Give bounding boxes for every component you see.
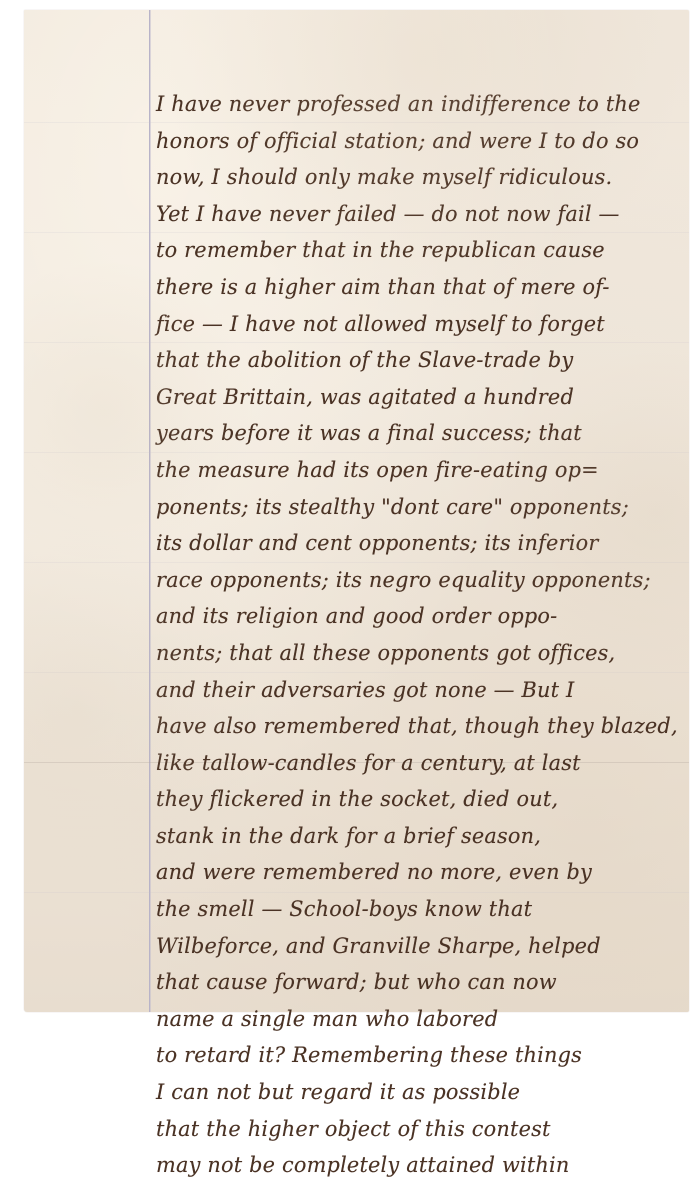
text-line: fice — I have not allowed myself to forg…: [156, 306, 684, 343]
text-line: honors of official station; and were I t…: [156, 123, 684, 160]
handwritten-text: I have never professed an indifference t…: [156, 86, 688, 1024]
text-line: like tallow-candles for a century, at la…: [156, 745, 684, 782]
text-line: Yet I have never failed — do not now fai…: [156, 196, 684, 233]
text-line: to remember that in the republican cause: [156, 232, 684, 269]
text-line: and their adversaries got none — But I: [156, 672, 684, 709]
text-line: race opponents; its negro equality oppon…: [156, 562, 684, 599]
text-line: have also remembered that, though they b…: [156, 708, 684, 745]
manuscript-page: I have never professed an indifference t…: [24, 10, 689, 1012]
text-line: that cause forward; but who can now: [156, 964, 684, 1001]
text-line: there is a higher aim than that of mere …: [156, 269, 684, 306]
text-line: now, I should only make myself ridiculou…: [156, 159, 684, 196]
text-line: I have never professed an indifference t…: [156, 86, 684, 123]
text-line: name a single man who labored: [156, 1001, 684, 1024]
text-line: Great Brittain, was agitated a hundred: [156, 379, 684, 416]
text-line: the smell — School-boys know that: [156, 891, 684, 928]
margin-rule: [149, 10, 150, 1012]
text-line: years before it was a final success; tha…: [156, 415, 684, 452]
text-line: stank in the dark for a brief season,: [156, 818, 684, 855]
text-line: that the abolition of the Slave-trade by: [156, 342, 684, 379]
text-line: and were remembered no more, even by: [156, 854, 684, 891]
text-line: nents; that all these opponents got offi…: [156, 635, 684, 672]
text-line: ponents; its stealthy "dont care" oppone…: [156, 489, 684, 526]
text-line: the measure had its open fire-eating op=: [156, 452, 684, 489]
text-line: and its religion and good order oppo-: [156, 598, 684, 635]
text-line: Wilbeforce, and Granville Sharpe, helped: [156, 928, 684, 965]
text-line: its dollar and cent opponents; its infer…: [156, 525, 684, 562]
text-line: they flickered in the socket, died out,: [156, 781, 684, 818]
